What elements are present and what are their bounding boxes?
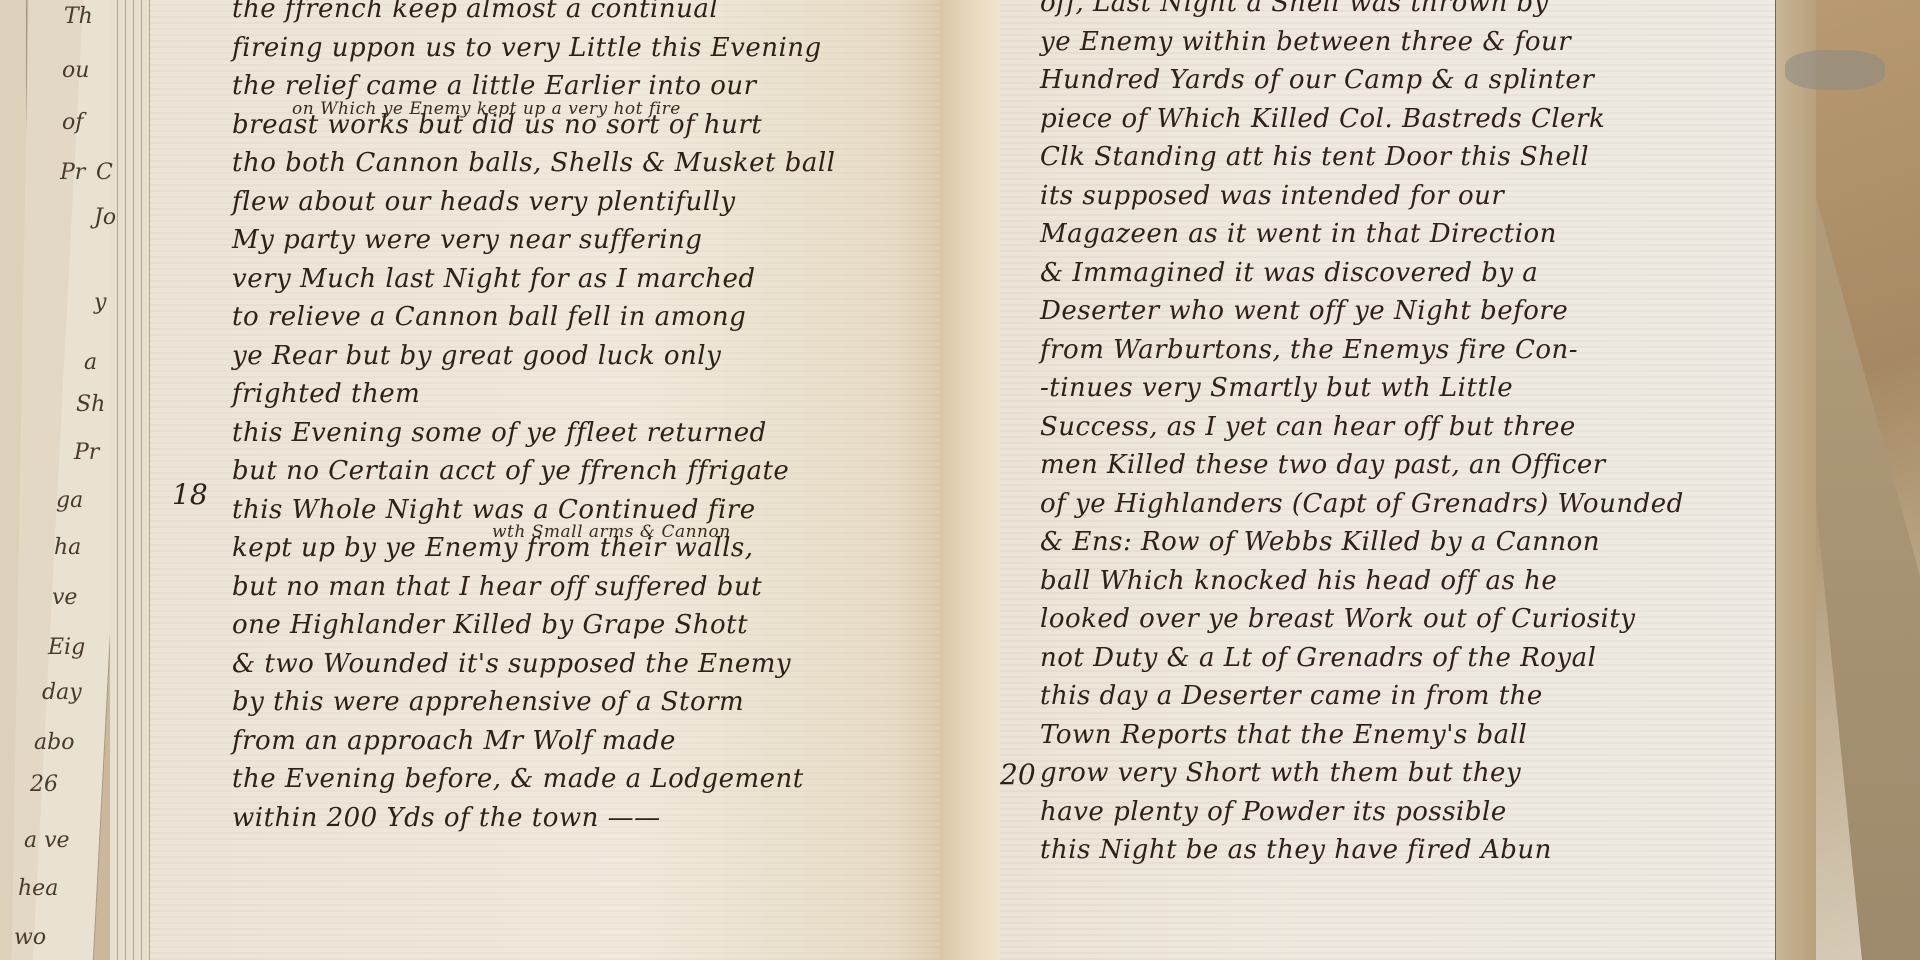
edge-fragment: Jo bbox=[94, 205, 116, 230]
edge-fragment: a ve bbox=[24, 828, 70, 853]
edge-fragments: Th ou of Pr C Jo y a Sh Pr ga ha ve Eig … bbox=[4, 0, 114, 960]
manuscript-line: My party were very near suffering bbox=[232, 221, 836, 260]
manuscript-line: ball Which knocked his head off as he bbox=[1040, 562, 1684, 601]
edge-fragment: y bbox=[94, 290, 106, 315]
manuscript-line: the ffrench keep almost a continual bbox=[232, 0, 836, 29]
manuscript-line: & two Wounded it's supposed the Enemy bbox=[232, 645, 836, 684]
cover-edge bbox=[1775, 0, 1816, 960]
manuscript-line: have plenty of Powder its possible bbox=[1040, 793, 1684, 832]
manuscript-line: the Evening before, & made a Lodgement bbox=[232, 760, 836, 799]
edge-fragment: 26 bbox=[30, 772, 58, 797]
manuscript-line: by this were apprehensive of a Storm bbox=[232, 683, 836, 722]
manuscript-line: this Night be as they have fired Abun bbox=[1040, 831, 1684, 870]
manuscript-line: Deserter who went off ye Night before bbox=[1040, 292, 1684, 331]
manuscript-line: frighted them bbox=[232, 375, 836, 414]
edge-fragment: Pr bbox=[60, 160, 85, 185]
manuscript-line: this Evening some of ye ffleet returned bbox=[232, 414, 836, 453]
edge-fragment: day bbox=[42, 680, 82, 705]
manuscript-line: Hundred Yards of our Camp & a splinter bbox=[1040, 61, 1684, 100]
manuscript-line: men Killed these two day past, an Office… bbox=[1040, 446, 1684, 485]
manuscript-line: of ye Highlanders (Capt of Grenadrs) Wou… bbox=[1040, 485, 1684, 524]
manuscript-line: -tinues very Smartly but wth Little bbox=[1040, 369, 1684, 408]
cover-stain bbox=[1785, 50, 1885, 90]
manuscript-line: Clk Standing att his tent Door this Shel… bbox=[1040, 138, 1684, 177]
manuscript-line: this day a Deserter came in from the bbox=[1040, 677, 1684, 716]
edge-fragment: Sh bbox=[76, 392, 105, 417]
edge-fragment: abo bbox=[34, 730, 74, 755]
manuscript-line: to relieve a Cannon ball fell in among bbox=[232, 298, 836, 337]
edge-fragment: ga bbox=[56, 488, 83, 513]
edge-fragment: hea bbox=[18, 876, 58, 901]
manuscript-line: ye Enemy within between three & four bbox=[1040, 23, 1684, 62]
manuscript-spread: Th ou of Pr C Jo y a Sh Pr ga ha ve Eig … bbox=[0, 0, 1920, 960]
manuscript-line: but no Certain acct of ye ffrench ffriga… bbox=[232, 452, 836, 491]
right-page-text: off, Last Night a Shell was thrown by ye… bbox=[1040, 0, 1684, 870]
edge-fragment: wo bbox=[14, 925, 46, 950]
edge-fragment: ou bbox=[62, 58, 89, 83]
manuscript-line: within 200 Yds of the town —— bbox=[232, 799, 836, 838]
edge-fragment: ve bbox=[52, 585, 77, 610]
edge-fragment: Pr bbox=[74, 440, 99, 465]
manuscript-line: its supposed was intended for our bbox=[1040, 177, 1684, 216]
manuscript-line: piece of Which Killed Col. Bastreds Cler… bbox=[1040, 100, 1684, 139]
manuscript-line: flew about our heads very plentifully bbox=[232, 183, 836, 222]
margin-date: 18 bbox=[172, 478, 208, 511]
manuscript-line: from Warburtons, the Enemys fire Con- bbox=[1040, 331, 1684, 370]
manuscript-line: breast works but did us no sort of hurt bbox=[232, 106, 836, 145]
edge-fragment: ha bbox=[54, 535, 81, 560]
manuscript-line: Success, as I yet can hear off but three bbox=[1040, 408, 1684, 447]
left-page-text: the ffrench keep almost a continual fire… bbox=[232, 0, 836, 837]
manuscript-line: kept up by ye Enemy from their walls, bbox=[232, 529, 836, 568]
margin-date: 20 bbox=[1000, 758, 1036, 791]
manuscript-line: but no man that I hear off suffered but bbox=[232, 568, 836, 607]
manuscript-line: grow very Short wth them but they bbox=[1040, 754, 1684, 793]
manuscript-line: one Highlander Killed by Grape Shott bbox=[232, 606, 836, 645]
manuscript-line: & Ens: Row of Webbs Killed by a Cannon bbox=[1040, 523, 1684, 562]
manuscript-line: not Duty & a Lt of Grenadrs of the Royal bbox=[1040, 639, 1684, 678]
manuscript-line: off, Last Night a Shell was thrown by bbox=[1040, 0, 1684, 23]
manuscript-line: Town Reports that the Enemy's ball bbox=[1040, 716, 1684, 755]
manuscript-line: ye Rear but by great good luck only bbox=[232, 337, 836, 376]
edge-fragment: C bbox=[96, 160, 113, 185]
manuscript-line: fireing uppon us to very Little this Eve… bbox=[232, 29, 836, 68]
manuscript-line: & Immagined it was discovered by a bbox=[1040, 254, 1684, 293]
manuscript-line: from an approach Mr Wolf made bbox=[232, 722, 836, 761]
manuscript-line: looked over ye breast Work out of Curios… bbox=[1040, 600, 1684, 639]
page-edge-stack: Th ou of Pr C Jo y a Sh Pr ga ha ve Eig … bbox=[0, 0, 170, 960]
edge-fragment: Th bbox=[64, 4, 93, 29]
manuscript-line: Magazeen as it went in that Direction bbox=[1040, 215, 1684, 254]
edge-fragment: a bbox=[84, 350, 97, 375]
edge-fragment: Eig bbox=[48, 635, 85, 660]
manuscript-line: very Much last Night for as I marched bbox=[232, 260, 836, 299]
manuscript-line: tho both Cannon balls, Shells & Musket b… bbox=[232, 144, 836, 183]
edge-fragment: of bbox=[62, 110, 83, 135]
